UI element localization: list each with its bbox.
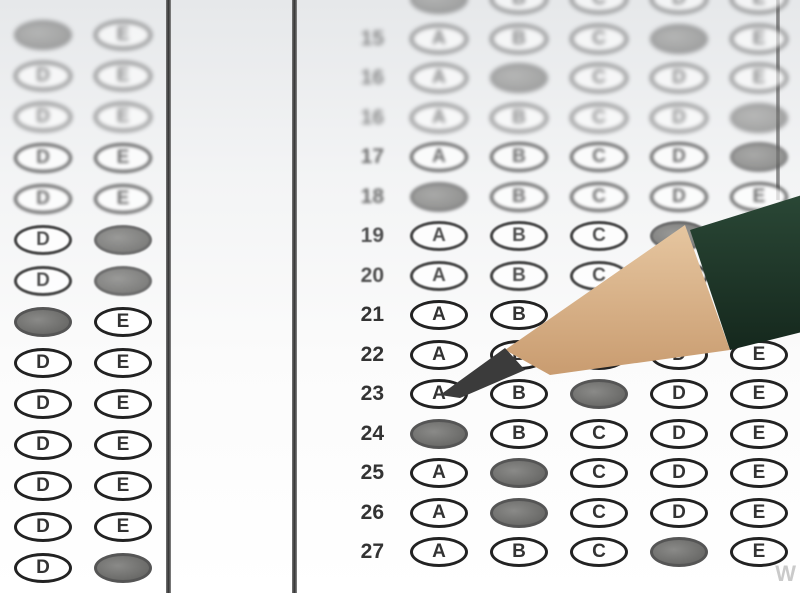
bubble-d: D	[14, 553, 72, 583]
bubble-e: E	[730, 182, 788, 212]
bubble-b: B	[490, 379, 548, 409]
bubble-d: D	[14, 266, 72, 296]
bubble-c: C	[570, 63, 628, 93]
bubble-d: D	[650, 221, 708, 251]
bubble-c: C	[570, 458, 628, 488]
bubble-c: C	[570, 340, 628, 370]
bubble-b: B	[490, 103, 548, 133]
bubble-b: B	[490, 537, 548, 567]
bubble-a: A	[410, 300, 468, 330]
bubble-a: A	[410, 142, 468, 172]
bubble-c: C	[570, 261, 628, 291]
bubble-e: E	[94, 20, 152, 50]
bubble-e: E	[94, 102, 152, 132]
bubble-a: A	[410, 537, 468, 567]
watermark-text: W	[775, 561, 796, 587]
bubble-a: A	[410, 498, 468, 528]
bubble-a: A	[410, 182, 468, 212]
bubble-e: E	[94, 553, 152, 583]
bubble-d: D	[650, 103, 708, 133]
bubble-d: D	[650, 379, 708, 409]
bubble-d: D	[14, 102, 72, 132]
bubble-c: C	[570, 103, 628, 133]
bubble-e: E	[94, 61, 152, 91]
question-number: 22	[340, 343, 384, 367]
bubble-d: D	[650, 537, 708, 567]
bubble-d: D	[14, 471, 72, 501]
bubble-e: E	[730, 458, 788, 488]
bubble-e: E	[730, 24, 788, 54]
bubble-b: B	[490, 458, 548, 488]
bubble-d: D	[650, 261, 708, 291]
bubble-e: E	[730, 498, 788, 528]
bubble-d: D	[14, 20, 72, 50]
column-divider-right	[292, 0, 297, 593]
bubble-d: D	[14, 348, 72, 378]
bubble-b: B	[490, 24, 548, 54]
bubble-a: A	[410, 379, 468, 409]
bubble-c: C	[570, 537, 628, 567]
bubble-c: C	[570, 498, 628, 528]
bubble-d: D	[14, 184, 72, 214]
bubble-d: D	[14, 61, 72, 91]
bubble-d: D	[14, 389, 72, 419]
bubble-b: B	[490, 498, 548, 528]
bubble-d: D	[650, 419, 708, 449]
bubble-c: C	[570, 221, 628, 251]
bubble-d: D	[650, 498, 708, 528]
bubble-e: E	[730, 340, 788, 370]
bubble-d: D	[14, 512, 72, 542]
question-number: 27	[340, 540, 384, 564]
bubble-e: E	[730, 300, 788, 330]
bubble-a: A	[410, 221, 468, 251]
bubble-d: D	[14, 143, 72, 173]
bubble-a: A	[410, 103, 468, 133]
bubble-a: A	[410, 63, 468, 93]
bubble-c: C	[570, 300, 628, 330]
question-number: 25	[340, 461, 384, 485]
bubble-e: E	[94, 471, 152, 501]
bubble-a: A	[410, 24, 468, 54]
bubble-e: E	[730, 379, 788, 409]
bubble-b: B	[490, 182, 548, 212]
bubble-d: D	[14, 430, 72, 460]
bubble-b: B	[490, 142, 548, 172]
question-number: 17	[340, 145, 384, 169]
bubble-d: D	[650, 458, 708, 488]
bubble-a: A	[410, 419, 468, 449]
bubble-d: D	[14, 225, 72, 255]
bubble-d: D	[650, 24, 708, 54]
bubble-c: C	[570, 142, 628, 172]
bubble-d: D	[650, 300, 708, 330]
bubble-d: D	[650, 63, 708, 93]
bubble-c: C	[570, 419, 628, 449]
question-number: 26	[340, 501, 384, 525]
bubble-a: A	[410, 458, 468, 488]
question-number: 23	[340, 382, 384, 406]
bubble-d: D	[650, 340, 708, 370]
bubble-e: E	[94, 266, 152, 296]
bubble-d: D	[650, 142, 708, 172]
bubble-e: E	[94, 184, 152, 214]
bubble-e: E	[730, 419, 788, 449]
column-divider-left	[166, 0, 171, 593]
bubble-b: B	[490, 419, 548, 449]
bubble-d: D	[14, 307, 72, 337]
bubble-e: E	[730, 221, 788, 251]
question-number: 16	[340, 66, 384, 90]
question-number: 18	[340, 185, 384, 209]
bubble-b: B	[490, 261, 548, 291]
question-number: 20	[340, 264, 384, 288]
bubble-e: E	[730, 103, 788, 133]
bubble-d: D	[650, 182, 708, 212]
bubble-b: B	[490, 221, 548, 251]
bubble-b: B	[490, 63, 548, 93]
bubble-c: C	[570, 182, 628, 212]
bubble-e: E	[730, 63, 788, 93]
bubble-e: E	[94, 389, 152, 419]
question-number: 21	[340, 303, 384, 327]
bubble-e: E	[94, 307, 152, 337]
bubble-e: E	[94, 348, 152, 378]
bubble-c: C	[570, 24, 628, 54]
bubble-e: E	[94, 512, 152, 542]
question-number: 24	[340, 422, 384, 446]
question-number: 19	[340, 224, 384, 248]
bubble-b: B	[490, 340, 548, 370]
bubble-e: E	[94, 225, 152, 255]
bubble-e: E	[730, 261, 788, 291]
bubble-e: E	[730, 142, 788, 172]
question-number: 16	[340, 106, 384, 130]
question-number: 15	[340, 27, 384, 51]
bubble-b: B	[490, 300, 548, 330]
bubble-a: A	[410, 261, 468, 291]
bubble-e: E	[94, 430, 152, 460]
bubble-a: A	[410, 340, 468, 370]
bubble-e: E	[94, 143, 152, 173]
bubble-c: C	[570, 379, 628, 409]
